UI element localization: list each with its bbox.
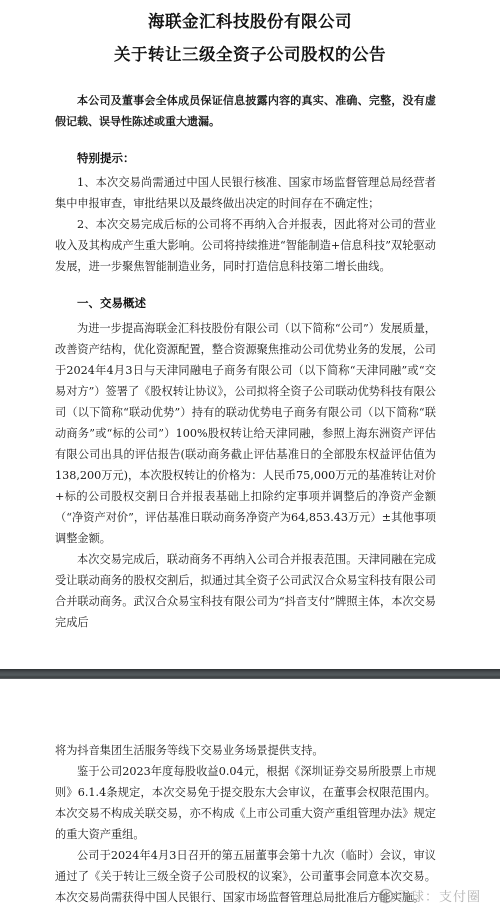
- announcement-title: 关于转让三级全资子公司股权的公告: [0, 41, 500, 65]
- special-notice-list: 1、本次交易尚需通过中国人民银行核准、国家市场监督管理总局经营者集中申报审查，审…: [55, 172, 436, 277]
- section-heading-transaction-overview: 一、交易概述: [77, 295, 146, 311]
- document-page-bottom: 将为抖音集团生活服务等线下交易业务场景提供支持。 鉴于公司2023年度每股收益0…: [0, 679, 500, 913]
- watermark-text: 雪球：支付圈: [397, 886, 481, 905]
- watermark: 雪球：支付圈: [378, 886, 481, 905]
- snowball-icon: [378, 888, 394, 904]
- paragraph-post-transaction-continued: 将为抖音集团生活服务等线下交易业务场景提供支持。: [55, 740, 436, 761]
- paragraph-transaction-details: 为进一步提高海联金汇科技股份有限公司（以下简称“公司”）发展质量，改善资产结构，…: [55, 318, 436, 549]
- special-notice-item: 1、本次交易尚需通过中国人民银行核准、国家市场监督管理总局经营者集中申报审查，审…: [55, 172, 436, 214]
- paragraph-approval-scope: 鉴于公司2023年度每股收益0.04元，根据《深圳证券交易所股票上市规则》6.1…: [55, 761, 436, 845]
- board-statement: 本公司及董事会全体成员保证信息披露内容的真实、准确、完整，没有虚假记载、误导性陈…: [55, 90, 436, 132]
- special-notice-item: 2、本次交易完成后标的公司将不再纳入合并报表，因此将对公司的营业收入及其构成产生…: [55, 214, 436, 277]
- special-notice-heading: 特别提示：: [77, 150, 135, 166]
- document-page-top: 海联金汇科技股份有限公司 关于转让三级全资子公司股权的公告 本公司及董事会全体成…: [0, 0, 500, 669]
- section-body-top: 为进一步提高海联金汇科技股份有限公司（以下简称“公司”）发展质量，改善资产结构，…: [55, 318, 436, 633]
- page-break-divider: [0, 669, 500, 679]
- section-body-bottom: 将为抖音集团生活服务等线下交易业务场景提供支持。 鉴于公司2023年度每股收益0…: [55, 740, 436, 908]
- company-title: 海联金汇科技股份有限公司: [0, 8, 500, 32]
- paragraph-post-transaction: 本次交易完成后，联动商务不再纳入公司合并报表范围。天津同融在完成受让联动商务的股…: [55, 549, 436, 633]
